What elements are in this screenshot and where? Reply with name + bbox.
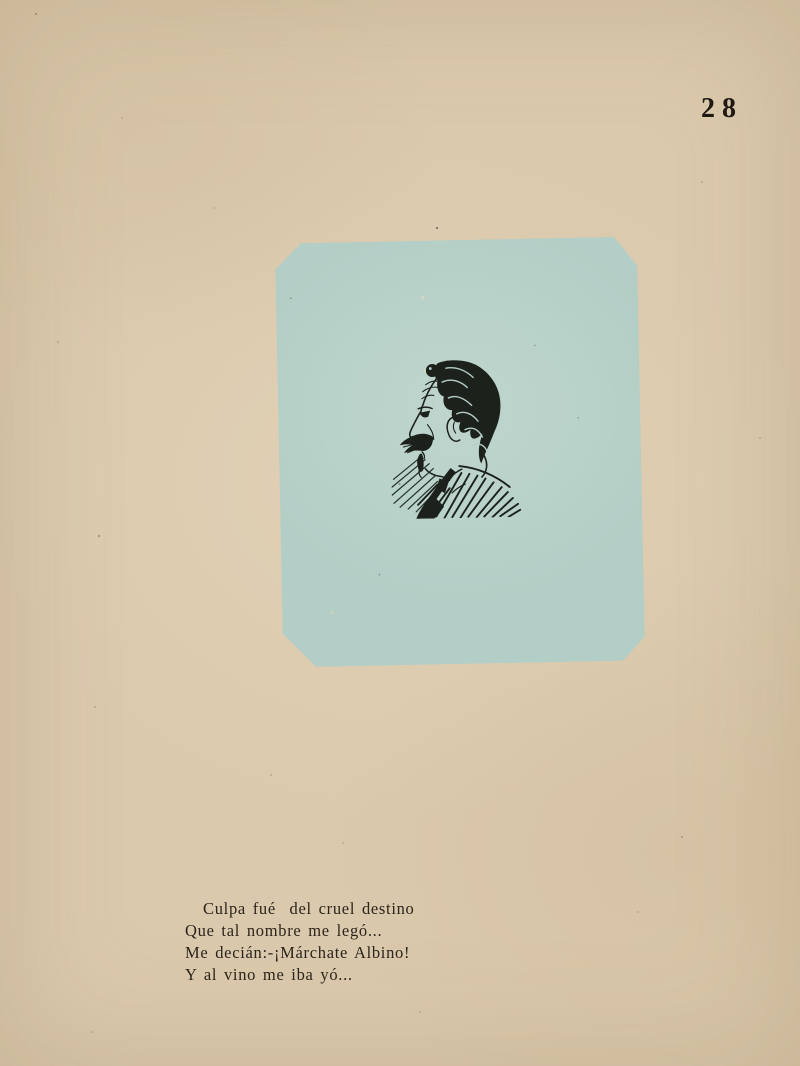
poem-line-3: Me decián:-¡Márchate Albino!: [185, 942, 415, 964]
page-number: 28: [701, 94, 743, 125]
scanned-page: 28: [0, 0, 800, 1066]
poem-line-1: Culpa fué del cruel destino: [185, 898, 415, 920]
mustache: [400, 434, 434, 454]
poem-line-4: Y al vino me iba yó...: [185, 964, 415, 986]
poem: Culpa fué del cruel destino Que tal nomb…: [185, 898, 415, 986]
goatee: [417, 454, 424, 478]
poem-line-2: Que tal nombre me legó...: [185, 920, 415, 942]
portrait-illustration: [389, 359, 522, 520]
plate-panel: [275, 236, 645, 667]
jacket-hatching: [417, 465, 520, 519]
